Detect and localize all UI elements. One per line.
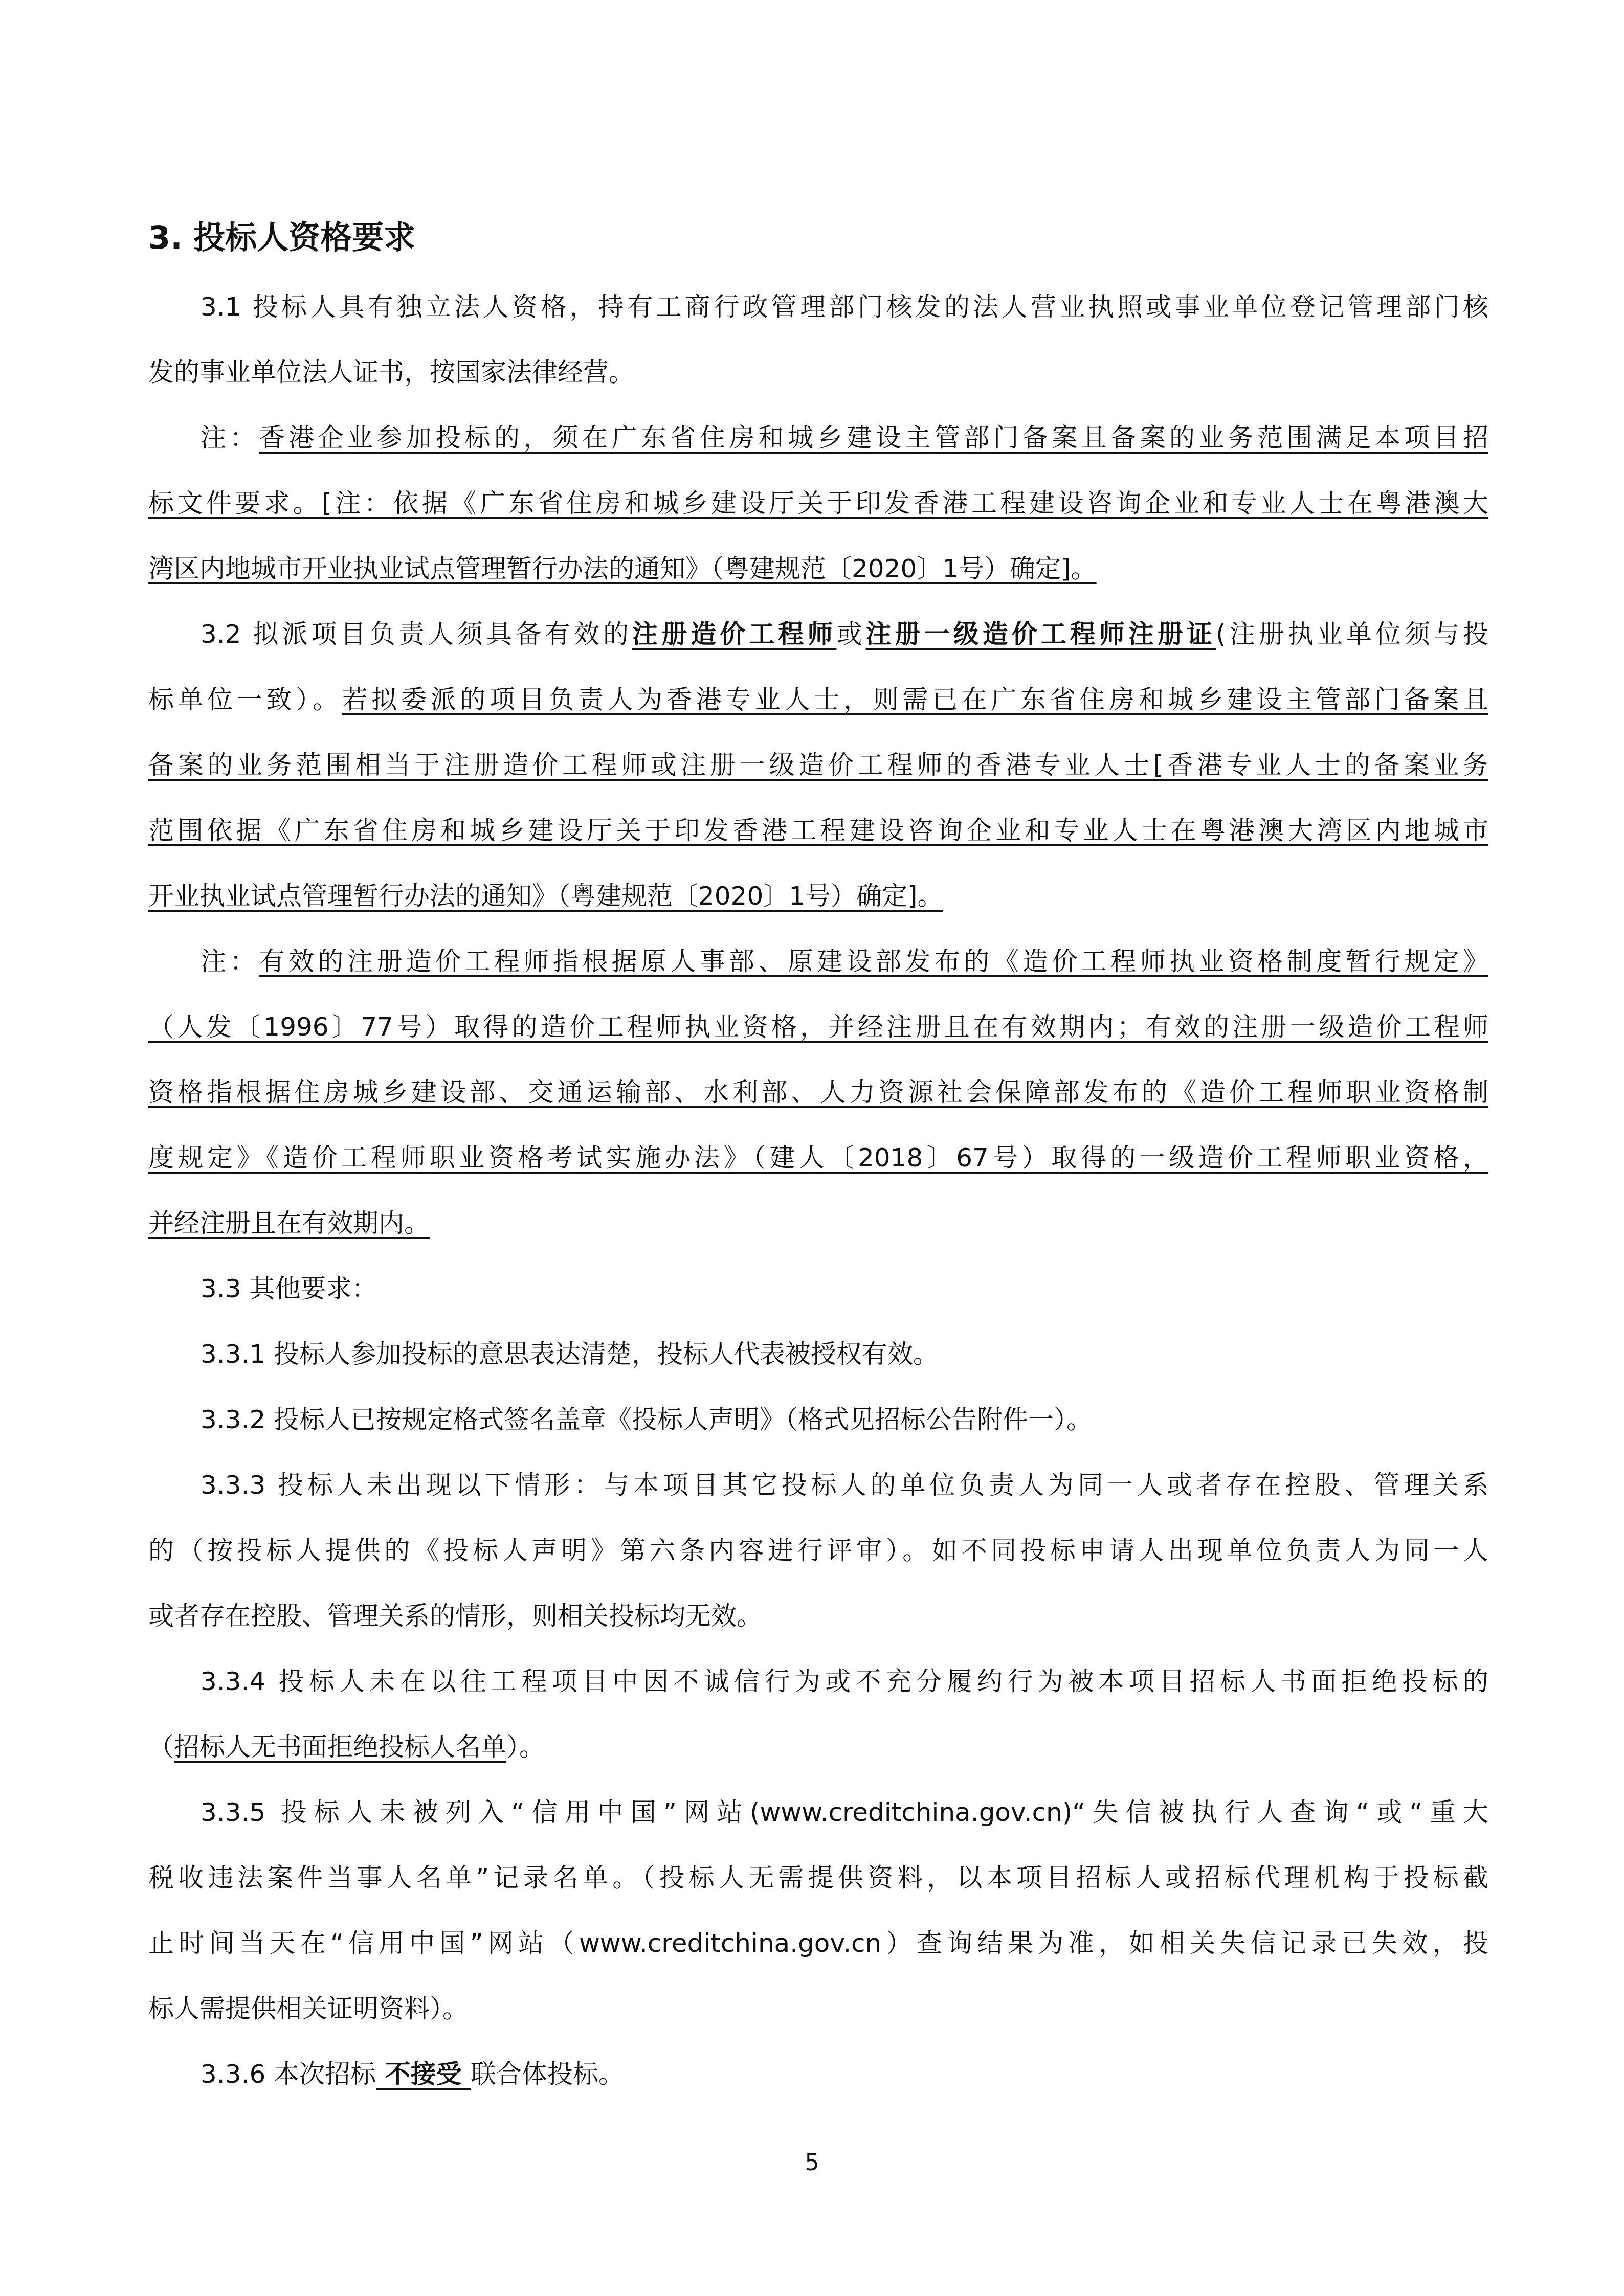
- page-number: 5: [0, 2148, 1624, 2178]
- paragraph-3-2-line-5: 开业执业试点管理暂行办法的通知》（粤建规范〔2020〕1号）确定]。: [148, 875, 1488, 916]
- note-1-prefix: 注：: [201, 423, 259, 453]
- paragraph-3-1-line-1: 3.1 投标人具有独立法人资格，持有工商行政管理部门核发的法人营业执照或事业单位…: [201, 286, 1488, 327]
- paragraph-3-1-line-2: 发的事业单位法人证书，按国家法律经营。: [148, 352, 1488, 393]
- paragraph-3-3-4-line-1: 3.3.4 投标人未在以往工程项目中因不诚信行为或不充分履约行为被本项目招标人书…: [201, 1661, 1488, 1702]
- document-page: 3. 投标人资格要求 3.1 投标人具有独立法人资格，持有工商行政管理部门核发的…: [0, 0, 1624, 2296]
- note-2-line-2: （人发〔1996〕77号）取得的造价工程师执业资格，并经注册且在有效期内；有效的…: [148, 1006, 1488, 1047]
- paren-close: ）。: [506, 1732, 545, 1762]
- note-1-line-1: 注：香港企业参加投标的，须在广东省住房和城乡建设主管部门备案且备案的业务范围满足…: [201, 417, 1488, 458]
- paragraph-3-3-5-line-4: 标人需提供相关证明资料）。: [148, 1988, 1488, 2029]
- paragraph-3-3-3-line-3: 或者存在控股、管理关系的情形，则相关投标均无效。: [148, 1595, 1488, 1636]
- paragraph-3-3-5-line-1: 3.3.5 投标人未被列入“信用中国”网站(www.creditchina.go…: [201, 1792, 1488, 1833]
- paragraph-3-3-6-prefix: 3.3.6 本次招标: [201, 2059, 376, 2089]
- paragraph-3-2-line-2: 标单位一致）。若拟委派的项目负责人为香港专业人士，则需已在广东省住房和城乡建设主…: [148, 679, 1488, 720]
- paragraph-3-2-line-2-plain: 标单位一致）。: [148, 685, 342, 714]
- first-class-cost-engineer-cert-term: 注册一级造价工程师注册证: [866, 619, 1216, 649]
- paragraph-3-3-3-line-2: 的（按投标人提供的《投标人声明》第六条内容进行评审）。如不同投标申请人出现单位负…: [148, 1530, 1488, 1571]
- paragraph-3-2-text-end: (注册执业单位须与投: [1216, 619, 1488, 649]
- paragraph-3-2-text: 3.2 拟派项目负责人须具备有效的: [201, 619, 632, 649]
- paragraph-3-3-6: 3.3.6 本次招标 不接受 联合体投标。: [201, 2054, 1488, 2095]
- paren-open: （: [148, 1732, 174, 1762]
- note-2-line-1: 注：有效的注册造价工程师指根据原人事部、原建设部发布的《造价工程师执业资格制度暂…: [201, 941, 1488, 982]
- note-1-line-2: 标文件要求。[注：依据《广东省住房和城乡建设厅关于印发香港工程建设咨询企业和专业…: [148, 483, 1488, 524]
- paragraph-3-2-line-1: 3.2 拟派项目负责人须具备有效的注册造价工程师或注册一级造价工程师注册证(注册…: [201, 614, 1488, 655]
- paragraph-3-3-4-line-2: （招标人无书面拒绝投标人名单）。: [148, 1726, 1488, 1767]
- note-1-line-3: 湾区内地城市开业执业试点管理暂行办法的通知》（粤建规范〔2020〕1号）确定]。: [148, 548, 1488, 589]
- paragraph-3-3-6-suffix: 联合体投标。: [471, 2059, 624, 2089]
- paragraph-3-3-1: 3.3.1 投标人参加投标的意思表达清楚，投标人代表被授权有效。: [201, 1334, 1488, 1375]
- note-2-line-3: 资格指根据住房城乡建设部、交通运输部、水利部、人力资源社会保障部发布的《造价工程…: [148, 1072, 1488, 1113]
- paragraph-3-3-5-line-3: 止时间当天在“信用中国”网站（www.creditchina.gov.cn）查询…: [148, 1923, 1488, 1964]
- no-rejection-list-text: 招标人无书面拒绝投标人名单: [174, 1732, 506, 1762]
- note-2-line-5: 并经注册且在有效期内。: [148, 1203, 1488, 1244]
- paragraph-3-3: 3.3 其他要求：: [201, 1268, 1488, 1309]
- note-2-text: 有效的注册造价工程师指根据原人事部、原建设部发布的《造价工程师执业资格制度暂行规…: [259, 947, 1488, 976]
- paragraph-3-3-3-line-1: 3.3.3 投标人未出现以下情形：与本项目其它投标人的单位负责人为同一人或者存在…: [201, 1465, 1488, 1505]
- note-1-text: 香港企业参加投标的，须在广东省住房和城乡建设主管部门备案且备案的业务范围满足本项…: [259, 423, 1488, 453]
- paragraph-3-3-2: 3.3.2 投标人已按规定格式签名盖章《投标人声明》（格式见招标公告附件一）。: [201, 1399, 1488, 1440]
- paragraph-3-2-line-4: 范围依据《广东省住房和城乡建设厅关于印发香港工程建设咨询企业和专业人士在粤港澳大…: [148, 810, 1488, 851]
- note-2-prefix: 注：: [201, 947, 259, 976]
- paragraph-3-3-5-line-2: 税收违法案件当事人名单”记录名单。（投标人无需提供资料，以本项目招标人或招标代理…: [148, 1857, 1488, 1898]
- registered-cost-engineer-term: 注册造价工程师: [632, 619, 836, 649]
- not-accepted-text: 不接受: [376, 2059, 471, 2089]
- paragraph-3-2-or: 或: [836, 619, 865, 649]
- section-heading: 3. 投标人资格要求: [148, 215, 415, 261]
- paragraph-3-2-line-2-underlined: 若拟委派的项目负责人为香港专业人士，则需已在广东省住房和城乡建设主管部门备案且: [342, 685, 1488, 714]
- paragraph-3-2-line-3: 备案的业务范围相当于注册造价工程师或注册一级造价工程师的香港专业人士[香港专业人…: [148, 745, 1488, 785]
- note-2-line-4: 度规定》《造价工程师职业资格考试实施办法》（建人〔2018〕67号）取得的一级造…: [148, 1137, 1488, 1178]
